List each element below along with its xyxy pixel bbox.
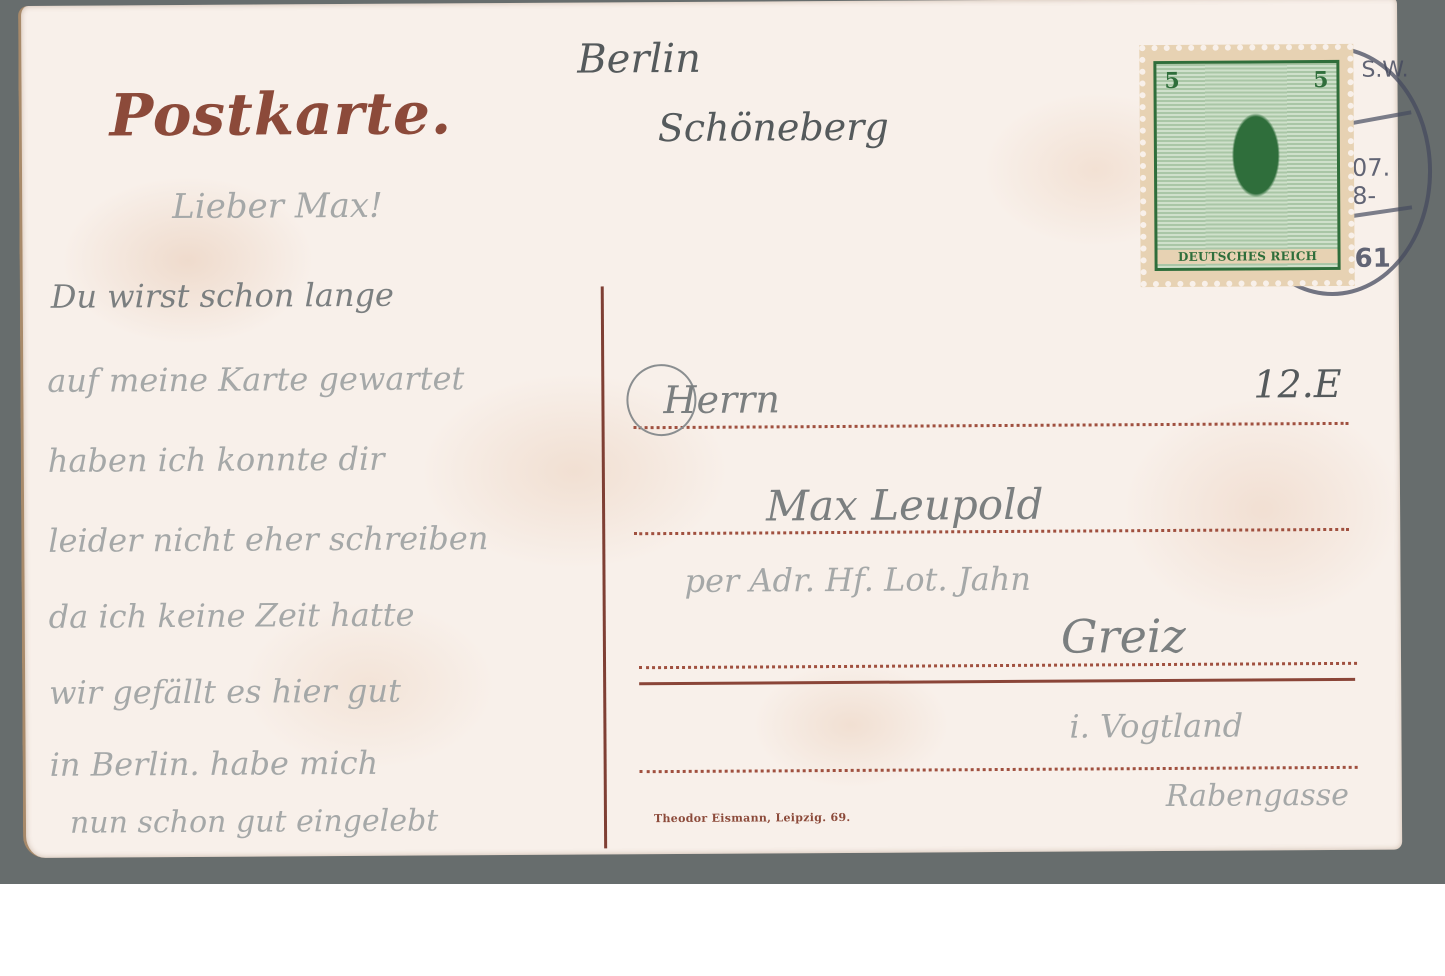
- address-city: Greiz: [1061, 609, 1186, 664]
- postcard: Postkarte. Theodor Eismann, Leipzig. 69.…: [18, 0, 1402, 858]
- message-line: in Berlin. habe mich: [50, 744, 379, 784]
- address-street: Rabengasse: [1166, 778, 1349, 814]
- address-salutation: Herrn: [663, 377, 780, 422]
- address-region: i. Vogtland: [1069, 707, 1243, 746]
- message-line: Du wirst schon lange: [51, 276, 394, 316]
- message-line: nun schon gut eingelebt: [70, 803, 439, 840]
- stamp-value-right: 5: [1313, 67, 1328, 93]
- postmark-date: 07. 8-: [1352, 154, 1398, 210]
- reference-note: 12.E: [1253, 362, 1341, 407]
- message-address-divider: [601, 286, 607, 848]
- postcard-title: Postkarte.: [109, 79, 452, 149]
- message-line: auf meine Karte gewartet: [47, 359, 464, 400]
- stamp-label: DEUTSCHES REICH: [1158, 249, 1338, 264]
- location-note-berlin: Berlin: [577, 36, 701, 83]
- message-line: leider nicht eher schreiben: [48, 519, 488, 560]
- postmark-top-text: S.W.: [1361, 58, 1408, 83]
- message-line: wir gefällt es hier gut: [49, 672, 401, 712]
- address-line-c-o: per Adr. Hf. Lot. Jahn: [684, 560, 1031, 600]
- printer-imprint: Theodor Eismann, Leipzig. 69.: [654, 811, 851, 825]
- message-line: da ich keine Zeit hatte: [49, 596, 415, 636]
- stamp-value-left: 5: [1164, 68, 1179, 94]
- message-line: Lieber Max!: [172, 186, 383, 227]
- postmark-bottom-text: 61: [1354, 244, 1390, 274]
- location-note-schoeneberg: Schöneberg: [658, 105, 889, 150]
- stamp-germania-design: 5 5 DEUTSCHES REICH: [1153, 60, 1340, 271]
- address-name: Max Leupold: [766, 480, 1044, 531]
- address-line-3: [639, 662, 1357, 669]
- address-underline: [639, 678, 1355, 685]
- address-line-4: [640, 766, 1358, 773]
- postage-stamp: 5 5 DEUTSCHES REICH: [1139, 44, 1354, 287]
- message-line: haben ich konnte dir: [48, 440, 385, 480]
- address-line-1: [634, 422, 1349, 429]
